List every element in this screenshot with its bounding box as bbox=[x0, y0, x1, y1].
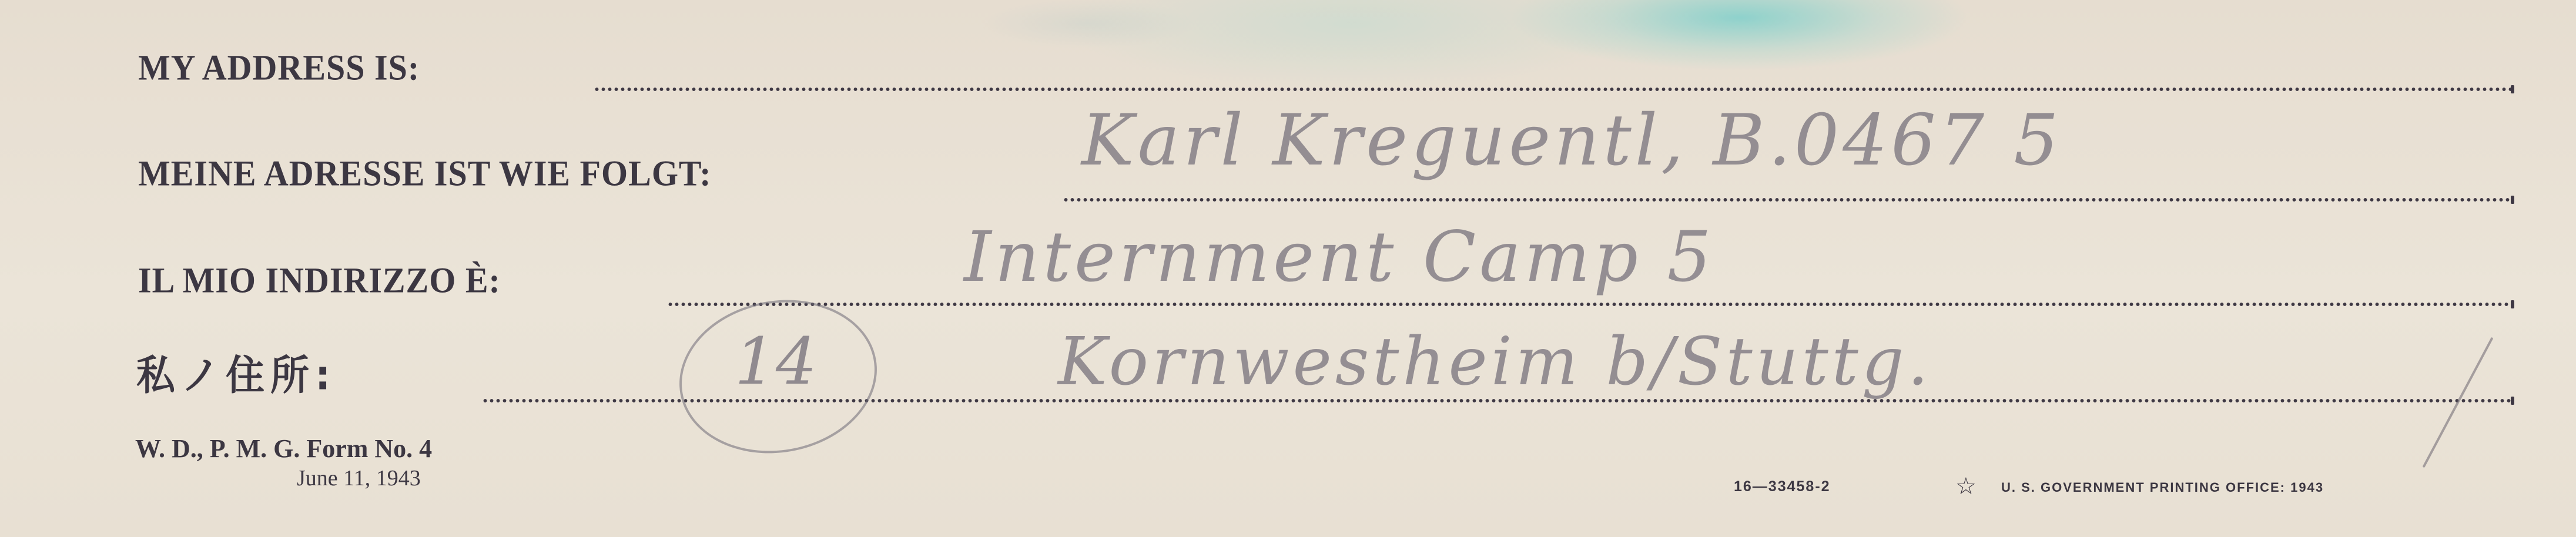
label-meine-adresse: MEINE ADRESSE IST WIE FOLGT: bbox=[138, 156, 712, 192]
label-my-address-is: MY ADDRESS IS: bbox=[138, 50, 420, 86]
address-line-3 bbox=[667, 302, 2511, 307]
label-japanese-address: 私ノ住所: bbox=[136, 355, 336, 396]
line-endcap-4 bbox=[2511, 397, 2514, 405]
address-line-1 bbox=[594, 87, 2511, 92]
star-icon: ☆ bbox=[1955, 475, 1977, 498]
print-code: 16—33458-2 bbox=[1734, 479, 1831, 494]
label-il-mio-indirizzo: IL MIO INDIRIZZO È: bbox=[138, 263, 501, 298]
line-endcap-2 bbox=[2511, 196, 2514, 204]
form-number: W. D., P. M. G. Form No. 4 bbox=[135, 436, 432, 462]
printer-credit: U. S. GOVERNMENT PRINTING OFFICE: 1943 bbox=[2001, 481, 2324, 494]
line-endcap-1 bbox=[2511, 85, 2514, 93]
address-line-2 bbox=[1063, 197, 2511, 202]
circled-number: 14 bbox=[735, 329, 817, 394]
form-date: June 11, 1943 bbox=[297, 467, 421, 489]
handwritten-camp-line: Internment Camp 5 bbox=[964, 222, 1715, 291]
handwritten-name-line: Karl Kreguentl, B.0467 5 bbox=[1081, 106, 2062, 176]
handwritten-city-line: Kornwestheim b/Stuttg. bbox=[1058, 329, 1932, 395]
line-endcap-3 bbox=[2511, 300, 2514, 308]
